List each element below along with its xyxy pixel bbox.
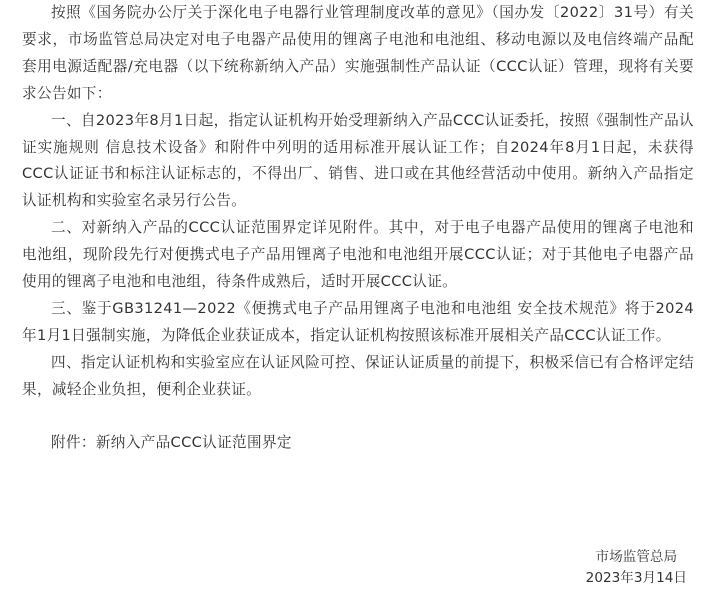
clause-2-paragraph: 二、对新纳入产品的CCC认证范围界定详见附件。其中，对于电子电器产品使用的锂离子… xyxy=(22,215,694,296)
issuer-name: 市场监管总局 xyxy=(586,547,687,568)
clause-1-paragraph: 一、自2023年8月1日起，指定认证机构开始受理新纳入产品CCC认证委托，按照《… xyxy=(22,108,694,216)
clause-3-paragraph: 三、鉴于GB31241—2022《便携式电子产品用锂离子电池和电池组 安全技术规… xyxy=(22,296,694,350)
announcement-body: 按照《国务院办公厅关于深化电子电器行业管理制度改革的意见》（国办发〔2022〕3… xyxy=(22,0,694,457)
spacer xyxy=(22,404,694,431)
signature-block: 市场监管总局 2023年3月14日 xyxy=(586,547,687,589)
intro-paragraph: 按照《国务院办公厅关于深化电子电器行业管理制度改革的意见》（国办发〔2022〕3… xyxy=(22,0,694,108)
attachment-note: 附件：新纳入产品CCC认证范围界定 xyxy=(22,430,694,457)
clause-4-paragraph: 四、指定认证机构和实验室应在认证风险可控、保证认证质量的前提下，积极采信已有合格… xyxy=(22,350,694,404)
issue-date: 2023年3月14日 xyxy=(586,568,687,589)
